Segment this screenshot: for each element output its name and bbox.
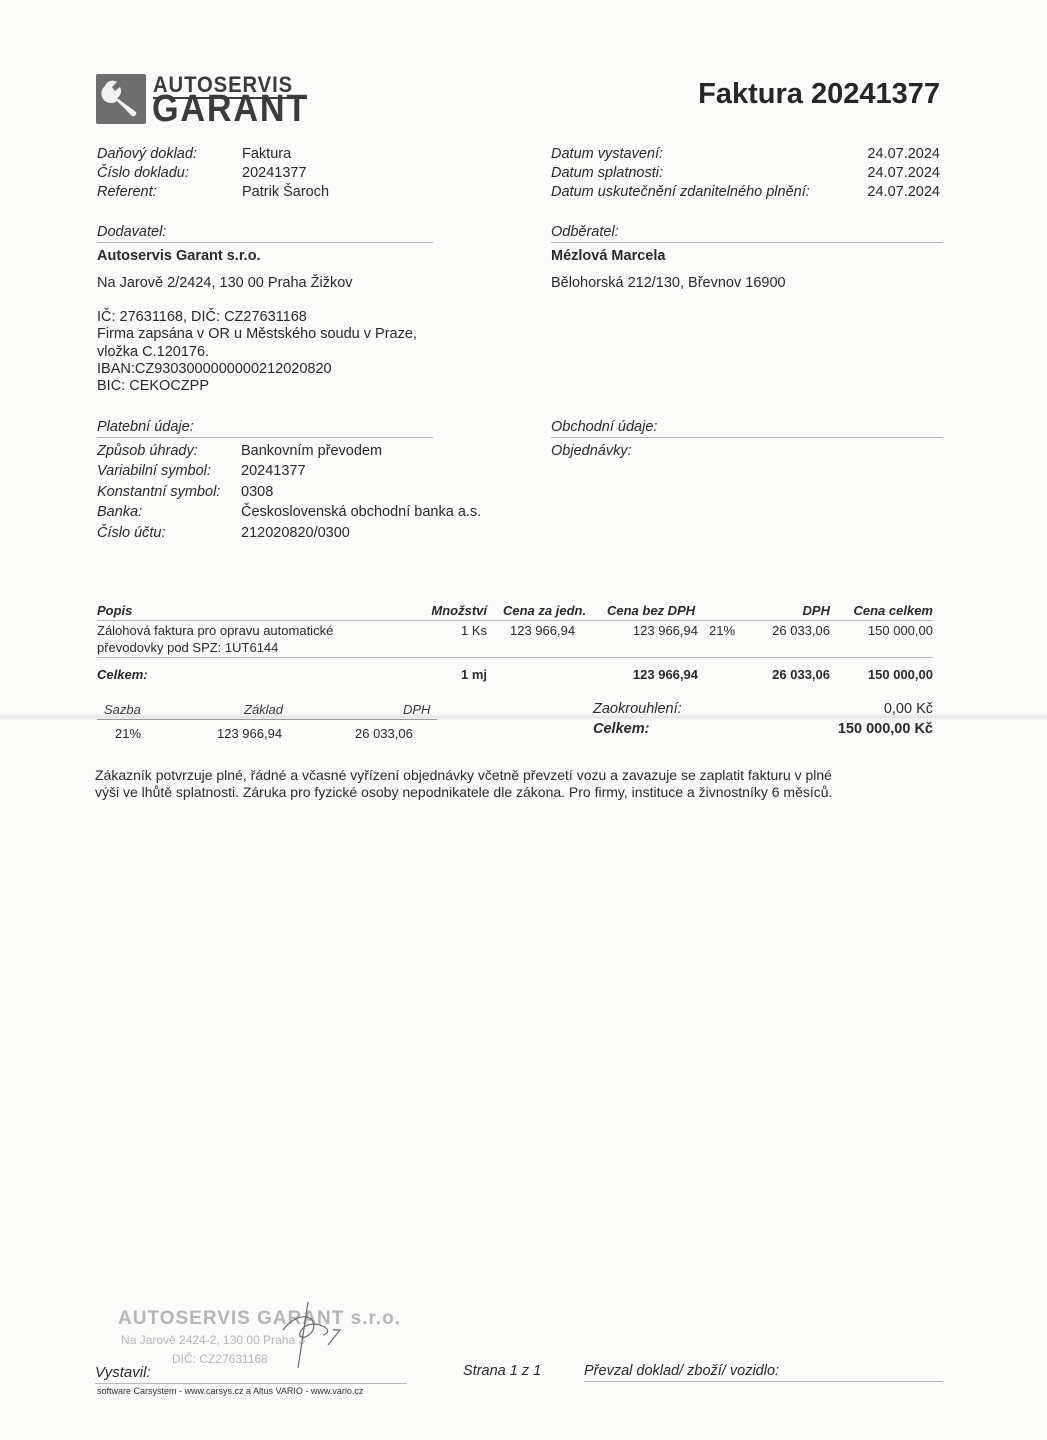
supplier-iban: IBAN:CZ9303000000000212020820 (97, 361, 332, 379)
signature-line (584, 1381, 943, 1382)
summary-label: Celkem: (97, 667, 148, 682)
orders-label: Objednávky: (551, 442, 632, 462)
doc-info-label: Číslo dokladu: (97, 164, 189, 184)
vat-rate: 21% (115, 726, 141, 741)
vat-header-rate: Sazba (104, 702, 141, 717)
stamp-vat-id: DIČ: CZ27631168 (172, 1352, 268, 1366)
vat-header-base: Základ (244, 702, 283, 717)
supplier-name: Autoservis Garant s.r.o. (97, 247, 261, 267)
supplier-bic: BIC: CEKOCZPP (97, 378, 209, 396)
supplier-detail: IČ: 27631168, DIČ: CZ27631168 (97, 309, 307, 327)
customer-heading: Odběratel: (551, 223, 619, 243)
invoice-title: Faktura 20241377 (698, 78, 940, 111)
vat-header-vat: DPH (403, 702, 430, 717)
payment-label: Způsob úhrady: (97, 442, 198, 462)
doc-info-label: Daňový doklad: (97, 145, 197, 165)
payment-label: Variabilní symbol: (97, 462, 211, 482)
summary-quantity: 1 mj (461, 667, 487, 682)
logo-icon-box (96, 74, 146, 124)
item-vat: 26 033,06 (772, 623, 830, 638)
vat-base: 123 966,94 (217, 726, 282, 741)
payment-heading: Platební údaje: (97, 418, 194, 438)
item-vat-rate: 21% (709, 623, 735, 638)
supplier-heading: Dodavatel: (97, 223, 166, 243)
payment-value: Československá obchodní banka a.s. (241, 503, 481, 523)
col-header-net-price: Cena bez DPH (607, 603, 695, 618)
item-net-price: 123 966,94 (633, 623, 698, 638)
terms-line: výši ve lhůtě splatnosti. Záruka pro fyz… (95, 783, 832, 803)
issued-by-label: Vystavil: (95, 1363, 151, 1383)
divider (97, 657, 933, 658)
customer-address: Bělohorská 212/130, Břevnov 16900 (551, 274, 786, 294)
summary-net-price: 123 966,94 (633, 667, 698, 682)
payment-label: Konstantní symbol: (97, 483, 220, 503)
date-label: Datum uskutečnění zdanitelného plnění: (551, 183, 810, 203)
date-label: Datum splatnosti: (551, 164, 663, 184)
divider (97, 620, 933, 621)
divider (95, 1383, 407, 1384)
payment-value: 20241377 (241, 462, 306, 482)
col-header-quantity: Množství (431, 603, 487, 618)
date-value: 24.07.2024 (867, 145, 940, 165)
rounding-label: Zaokrouhlení: (593, 700, 682, 720)
date-label: Datum vystavení: (551, 145, 663, 165)
supplier-address: Na Jarově 2/2424, 130 00 Praha Žižkov (97, 274, 353, 294)
doc-info-value: Faktura (242, 145, 291, 165)
divider (97, 719, 437, 720)
col-header-total: Cena celkem (854, 603, 934, 618)
summary-total: 150 000,00 (868, 667, 933, 682)
doc-info-value: 20241377 (242, 164, 307, 184)
item-description: převodovky pod SPZ: 1UT6144 (97, 640, 278, 655)
business-heading: Obchodní údaje: (551, 418, 657, 438)
supplier-detail: Firma zapsána v OR u Městského soudu v P… (97, 326, 417, 344)
divider (97, 437, 433, 438)
col-header-vat: DPH (803, 603, 830, 618)
col-header-unit-price: Cena za jedn. (503, 603, 586, 618)
payment-label: Banka: (97, 503, 142, 523)
doc-info-label: Referent: (97, 183, 157, 203)
item-unit-price: 123 966,94 (510, 623, 575, 638)
payment-value: Bankovním převodem (241, 442, 382, 462)
divider (551, 242, 943, 243)
summary-vat: 26 033,06 (772, 667, 830, 682)
signature-icon (278, 1300, 348, 1370)
date-value: 24.07.2024 (867, 183, 940, 203)
item-total: 150 000,00 (868, 623, 933, 638)
logo-text-line2: GARANT (152, 90, 309, 128)
supplier-detail: vložka C.120176. (97, 344, 209, 362)
divider (551, 437, 943, 438)
wrench-icon (96, 74, 146, 124)
page-number: Strana 1 z 1 (463, 1362, 541, 1382)
payment-label: Číslo účtu: (97, 524, 166, 544)
grand-total-value: 150 000,00 Kč (838, 720, 933, 740)
col-header-description: Popis (97, 603, 132, 618)
software-credit: software Carsystem - www.carsys.cz a Alt… (97, 1386, 363, 1396)
date-value: 24.07.2024 (867, 164, 940, 184)
item-description: Zálohová faktura pro opravu automatické (97, 623, 333, 638)
divider (97, 242, 433, 243)
vat-amount: 26 033,06 (355, 726, 413, 741)
grand-total-label: Celkem: (593, 720, 649, 740)
rounding-value: 0,00 Kč (884, 700, 933, 720)
doc-info-value: Patrik Šaroch (242, 183, 329, 203)
received-by-label: Převzal doklad/ zboží/ vozidlo: (584, 1362, 779, 1382)
customer-name: Mézlová Marcela (551, 247, 665, 267)
stamp-name: AUTOSERVIS GARANT s.r.o. (118, 1308, 401, 1330)
payment-value: 212020820/0300 (241, 524, 350, 544)
item-quantity: 1 Ks (461, 623, 487, 638)
payment-value: 0308 (241, 483, 273, 503)
